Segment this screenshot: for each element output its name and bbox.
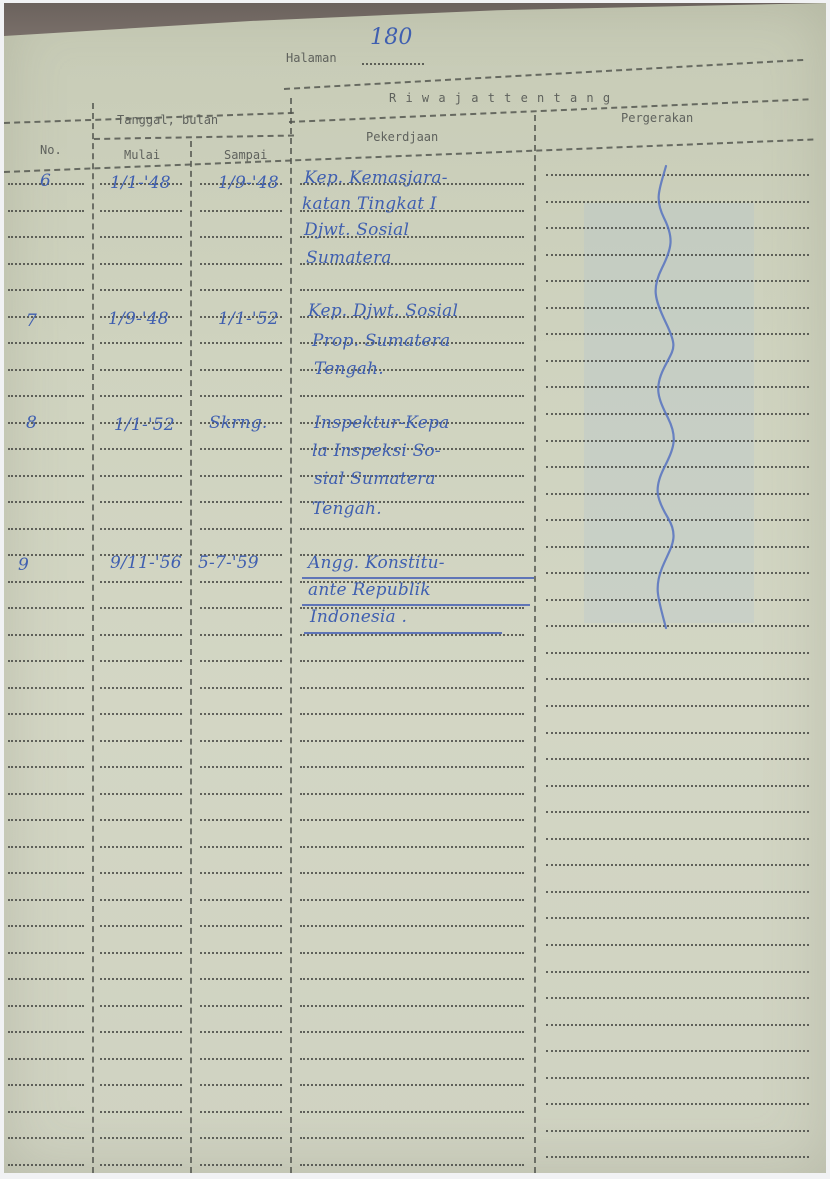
ruled-dotted-line [8,634,84,636]
ruled-dotted-line [8,236,84,238]
ruled-dotted-line [8,660,84,662]
ruled-dotted-line [300,1137,524,1139]
ruled-dotted-line [100,740,182,742]
entry-no: 6 [40,171,51,191]
ruled-dotted-line [200,634,282,636]
ruled-dotted-line [300,1111,524,1113]
entry-underline [302,577,534,579]
ruled-dotted-line [8,846,84,848]
col-header-no: No. [40,143,62,157]
col-header-start: Mulai [124,148,160,162]
ruled-dotted-line [200,819,282,821]
ruled-dotted-line [200,607,282,609]
ruled-dotted-line [200,952,282,954]
entry-job-line: Sumatera [306,248,392,268]
entry-job-line: Prop. Sumatera [312,331,450,351]
ruled-dotted-line [546,971,809,973]
ruled-dotted-line [300,1084,524,1086]
col-header-end: Sampai [224,148,267,162]
ruled-dotted-line [100,1164,182,1166]
ruled-dotted-line [200,289,282,291]
ruled-dotted-line [546,944,809,946]
ruled-dotted-line [100,475,182,477]
ruled-dotted-line [546,997,809,999]
col-sep-no [92,103,94,1173]
ruled-dotted-line [546,917,809,919]
ruled-dotted-line [300,740,524,742]
ruled-dotted-line [8,263,84,265]
ruled-dotted-line [200,1111,282,1113]
ruled-dotted-line [300,846,524,848]
ruled-dotted-line [100,713,182,715]
ruled-dotted-line [100,872,182,874]
ruled-dotted-line [8,952,84,954]
ruled-dotted-line [100,978,182,980]
entry-start: 1/9-'48 [108,309,169,329]
ledger-page: Halaman 180 R i w a j a t t e n t a n g … [4,3,826,1173]
entry-job-line: la Inspeksi So- [312,441,441,461]
entry-job-line: ante Republik [308,580,431,600]
col-sep-start [190,141,192,1173]
entry-job-line: Inspektur-Kepa [314,413,449,433]
ruled-dotted-line [100,448,182,450]
ruled-dotted-line [8,819,84,821]
page-number: 180 [370,25,413,50]
ruled-dotted-line [200,793,282,795]
ruled-dotted-line [8,448,84,450]
ruled-dotted-line [200,369,282,371]
ruled-dotted-line [546,732,809,734]
ruled-dotted-line [546,811,809,813]
ruled-dotted-line [100,289,182,291]
ruled-dotted-line [200,1137,282,1139]
ruled-dotted-line [8,925,84,927]
ruled-dotted-line [300,528,524,530]
ruled-dotted-line [100,395,182,397]
ruled-dotted-line [100,501,182,503]
ruled-dotted-line [100,952,182,954]
ruled-dotted-line [100,660,182,662]
ruled-dotted-line [100,342,182,344]
entry-job-line: Tengah. [314,359,384,379]
ruled-dotted-line [8,1005,84,1007]
ruled-dotted-line [546,1130,809,1132]
document-photo: Halaman 180 R i w a j a t t e n t a n g … [4,3,826,1173]
ruled-dotted-line [100,1084,182,1086]
entry-start: 1/1-'48 [110,173,171,193]
ruled-dotted-line [200,395,282,397]
entry-end: 5-7-'59 [198,553,259,573]
ruled-dotted-line [546,1050,809,1052]
entry-job-line: Indonesia . [310,607,407,627]
ruled-dotted-line [100,793,182,795]
ruled-dotted-line [546,758,809,760]
ruled-dotted-line [8,422,84,424]
entry-job-line: Kep. Djwt. Sosial [308,301,458,321]
ruled-dotted-line [300,395,524,397]
ruled-dotted-line [200,1164,282,1166]
section-title: R i w a j a t t e n t a n g [389,91,611,105]
col-header-movement: Pergerakan [621,111,693,125]
ruled-dotted-line [100,819,182,821]
ruled-dotted-line [200,475,282,477]
ruled-dotted-line [100,925,182,927]
col-header-job: Pekerdjaan [366,130,438,144]
ruled-dotted-line [8,872,84,874]
col-header-date-group: Tanggal, bulan [117,113,218,127]
ruled-dotted-line [300,1005,524,1007]
ruled-dotted-line [8,581,84,583]
entry-job-line: Tengah. [312,499,382,519]
entry-end: Skrng. [209,413,268,433]
page-label: Halaman [286,51,337,65]
entry-job-line: Djwt. Sosial [304,220,409,240]
ruled-dotted-line [8,1164,84,1166]
ruled-dotted-line [100,528,182,530]
ruled-dotted-line [546,1077,809,1079]
ruled-dotted-line [546,891,809,893]
ruled-dotted-line [8,713,84,715]
ruled-dotted-line [200,1031,282,1033]
ruled-dotted-line [300,1031,524,1033]
col-sep-end [290,98,292,1173]
page-number-dots [362,63,424,65]
ruled-dotted-line [200,660,282,662]
ruled-dotted-line [300,687,524,689]
ruled-dotted-line [8,1137,84,1139]
ruled-dotted-line [300,793,524,795]
ruled-dotted-line [8,501,84,503]
ruled-dotted-line [546,678,809,680]
ruled-dotted-line [200,263,282,265]
ruled-dotted-line [200,846,282,848]
entry-start: 1/1-'52 [114,415,175,435]
ruled-dotted-line [100,1005,182,1007]
entry-end: 1/9-'48 [218,173,279,193]
ruled-dotted-line [8,1058,84,1060]
ruled-dotted-line [100,899,182,901]
ruled-dotted-line [300,660,524,662]
ruled-dotted-line [200,342,282,344]
entry-end: 1/1-'52 [218,309,279,329]
ruled-dotted-line [300,819,524,821]
ruled-dotted-line [200,925,282,927]
ruled-dotted-line [100,263,182,265]
ruled-dotted-line [8,289,84,291]
header-rule-date-split [94,135,294,140]
ruled-dotted-line [8,210,84,212]
ruled-dotted-line [8,899,84,901]
ruled-dotted-line [200,1058,282,1060]
ruled-dotted-line [100,607,182,609]
ruled-dotted-line [8,528,84,530]
ruled-dotted-line [300,925,524,927]
entry-no: 9 [18,555,29,575]
ruled-dotted-line [8,607,84,609]
ruled-dotted-line [8,316,84,318]
entry-underline [304,632,502,634]
entry-no: 8 [26,413,37,433]
entry-job-line: sial Sumatera [314,469,436,489]
ruled-dotted-line [546,652,809,654]
entry-job-line: Kep. Kemasjara- [304,168,448,188]
ruled-dotted-line [200,899,282,901]
ruled-dotted-line [300,766,524,768]
ruled-dotted-line [100,210,182,212]
ruled-dotted-line [200,501,282,503]
entry-job-line: katan Tingkat I [302,194,437,214]
ruled-dotted-line [546,864,809,866]
ruled-dotted-line [100,1137,182,1139]
ruled-dotted-line [8,395,84,397]
ruled-dotted-line [100,1031,182,1033]
wavy-nil-line-icon [644,158,704,638]
ruled-dotted-line [546,1103,809,1105]
ruled-dotted-line [8,1084,84,1086]
ruled-dotted-line [546,1156,809,1158]
ruled-dotted-line [200,978,282,980]
ruled-dotted-line [8,342,84,344]
ruled-dotted-line [300,289,524,291]
ruled-dotted-line [100,766,182,768]
ruled-dotted-line [100,1058,182,1060]
ruled-dotted-line [8,793,84,795]
ruled-dotted-line [8,766,84,768]
ruled-dotted-line [8,978,84,980]
entry-no: 7 [26,311,37,331]
ruled-dotted-line [200,713,282,715]
ruled-dotted-line [100,1111,182,1113]
ruled-dotted-line [200,448,282,450]
ruled-dotted-line [100,634,182,636]
ruled-dotted-line [8,687,84,689]
ruled-dotted-line [200,687,282,689]
ruled-dotted-line [100,846,182,848]
ruled-dotted-line [300,952,524,954]
ruled-dotted-line [8,369,84,371]
ruled-dotted-line [300,1058,524,1060]
entry-start: 9/11-'56 [110,553,182,573]
ruled-dotted-line [200,236,282,238]
ruled-dotted-line [200,872,282,874]
ruled-dotted-line [300,978,524,980]
ruled-dotted-line [200,1084,282,1086]
ruled-dotted-line [300,713,524,715]
col-sep-job [534,115,536,1173]
ruled-dotted-line [100,687,182,689]
ruled-dotted-line [8,740,84,742]
ruled-dotted-line [200,740,282,742]
ruled-dotted-line [8,475,84,477]
ruled-dotted-line [8,1111,84,1113]
ruled-dotted-line [300,1164,524,1166]
ruled-dotted-line [200,210,282,212]
ruled-dotted-line [100,581,182,583]
ruled-dotted-line [300,899,524,901]
entry-job-line: Angg. Konstitu- [308,553,445,573]
ruled-dotted-line [200,581,282,583]
ruled-dotted-line [546,838,809,840]
ruled-dotted-line [546,705,809,707]
ruled-dotted-line [100,369,182,371]
entry-underline [302,604,530,606]
ruled-dotted-line [300,872,524,874]
ruled-dotted-line [200,1005,282,1007]
ruled-dotted-line [200,528,282,530]
ruled-dotted-line [200,766,282,768]
ruled-dotted-line [546,1024,809,1026]
ruled-dotted-line [100,236,182,238]
ruled-dotted-line [546,785,809,787]
ruled-dotted-line [8,1031,84,1033]
